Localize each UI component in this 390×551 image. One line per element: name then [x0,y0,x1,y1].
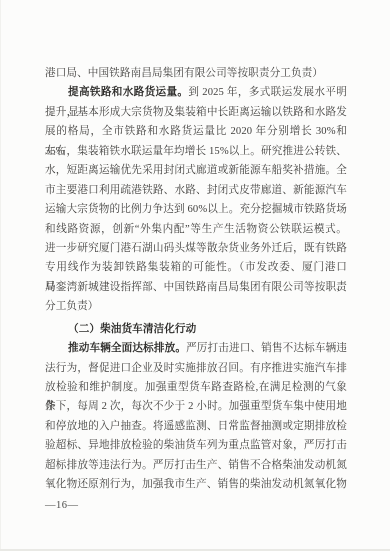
body-text: 验超标、异地排放检验的柴油货车列为重点监管对象，严厉打击 [45,440,347,451]
body-text: 法行为，督促进口企业及时实施排放召回。有序推进实施汽车排 [45,363,347,374]
body-text: 氧化物还原剂行为，加强我市生产、销售的柴油发动机氮氧化物 [45,479,347,490]
text-line: 市主要港口利用疏港铁路、水路、封闭式皮带廊道、新能源汽车 [45,181,347,200]
scan-left-edge [0,0,1,551]
text-line: 展的格局，全市铁路和水路货运量比 2020 年分别增长 30%和 35% [45,122,347,141]
body-text: 左右，集装箱铁水联运量年均增长 15%以上。研究推进公转铁、 [45,146,347,157]
text-line: 港口局、中国铁路南昌局集团有限公司等按职责分工负责） [45,64,347,83]
text-line: 运输大宗货物的比例力争达到 60%以上。充分挖掘城市铁路货场 [45,200,347,219]
text-line: 件下，每周 2 次，每次不少于 2 小时。加强重型货车集中使用地 [45,397,347,416]
document-page: 港口局、中国铁路南昌局集团有限公司等按职责分工负责）提高铁路和水路货运量。到 2… [0,0,390,551]
document-body: 港口局、中国铁路南昌局集团有限公司等按职责分工负责）提高铁路和水路货运量。到 2… [45,64,347,495]
text-line: 超标排放等违法行为。严厉打击生产、销售不合格柴油发动机氮 [45,456,347,475]
body-text: 和线路资源，创新“外集内配”等生产生活物资公铁联运模式。 [45,224,347,235]
text-line: 提高铁路和水路货运量。到 2025 年，多式联运发展水平明显 [45,83,347,102]
text-line: 专用线作为装卸铁路集装箱的可能性。（市发改委、厦门港口局、 [45,258,347,277]
text-line: 左右，集装箱铁水联运量年均增长 15%以上。研究推进公转铁、 [45,142,347,161]
body-text: 和停放地的入户抽查。将遥感监测、日常监督抽测或定期排放检 [45,421,347,432]
body-text: 马銮湾新城建设指挥部、中国铁路南昌局集团有限公司等按职责 [45,282,347,293]
body-text: 分工负责） [45,301,98,312]
body-text: 港口局、中国铁路南昌局集团有限公司等按职责分工负责） [45,68,323,79]
body-text: 运输大宗货物的比例力争达到 60%以上。充分挖掘城市铁路货场 [45,204,347,215]
text-line: 水，短距离运输优先采用封闭式廊道或新能源车船奖补措施。全 [45,161,347,180]
body-text: 市主要港口利用疏港铁路、水路、封闭式皮带廊道、新能源汽车 [45,185,347,196]
text-line: 验超标、异地排放检验的柴油货车列为重点监管对象，严厉打击 [45,436,347,455]
text-line: 马銮湾新城建设指挥部、中国铁路南昌局集团有限公司等按职责 [45,278,347,297]
body-text: 严厉打击进口、销售不达标车辆违 [186,343,347,354]
body-text: 件下，每周 2 次，每次不少于 2 小时。加强重型货车集中使用地 [45,401,347,412]
text-line: 和线路资源，创新“外集内配”等生产生活物资公铁联运模式。 [45,220,347,239]
section-heading: （二）柴油货车清洁化行动 [45,320,347,339]
text-line: 进一步研究厦门港石湖山码头煤等散杂货业务外迁后，既有铁路 [45,239,347,258]
text-line: 氧化物还原剂行为，加强我市生产、销售的柴油发动机氮氧化物 [45,475,347,494]
page-number: —16— [45,498,79,514]
text-line: 法行为，督促进口企业及时实施排放召回。有序推进实施汽车排 [45,359,347,378]
text-line: 提升，基本形成大宗货物及集装箱中长距离运输以铁路和水路发 [45,103,347,122]
body-text: 进一步研究厦门港石湖山码头煤等散杂货业务外迁后，既有铁路 [45,243,347,254]
body-text: 超标排放等违法行为。严厉打击生产、销售不合格柴油发动机氮 [45,460,347,471]
text-line: 和停放地的入户抽查。将遥感监测、日常监督抽测或定期排放检 [45,417,347,436]
body-text: 水，短距离运输优先采用封闭式廊道或新能源车船奖补措施。全 [45,165,347,176]
text-line: 分工负责） [45,297,347,316]
text-line: 放检验和维护制度。加强重型货车路查路检,在满足检测的气象条 [45,378,347,397]
bold-lead-text: 推动车辆全面达标排放。 [68,343,186,354]
body-text: 提升，基本形成大宗货物及集装箱中长距离运输以铁路和水路发 [45,107,347,118]
text-line: 推动车辆全面达标排放。严厉打击进口、销售不达标车辆违 [45,339,347,358]
bold-lead-text: 提高铁路和水路货运量。 [68,87,188,98]
bold-lead-text: （二）柴油货车清洁化行动 [68,324,196,335]
